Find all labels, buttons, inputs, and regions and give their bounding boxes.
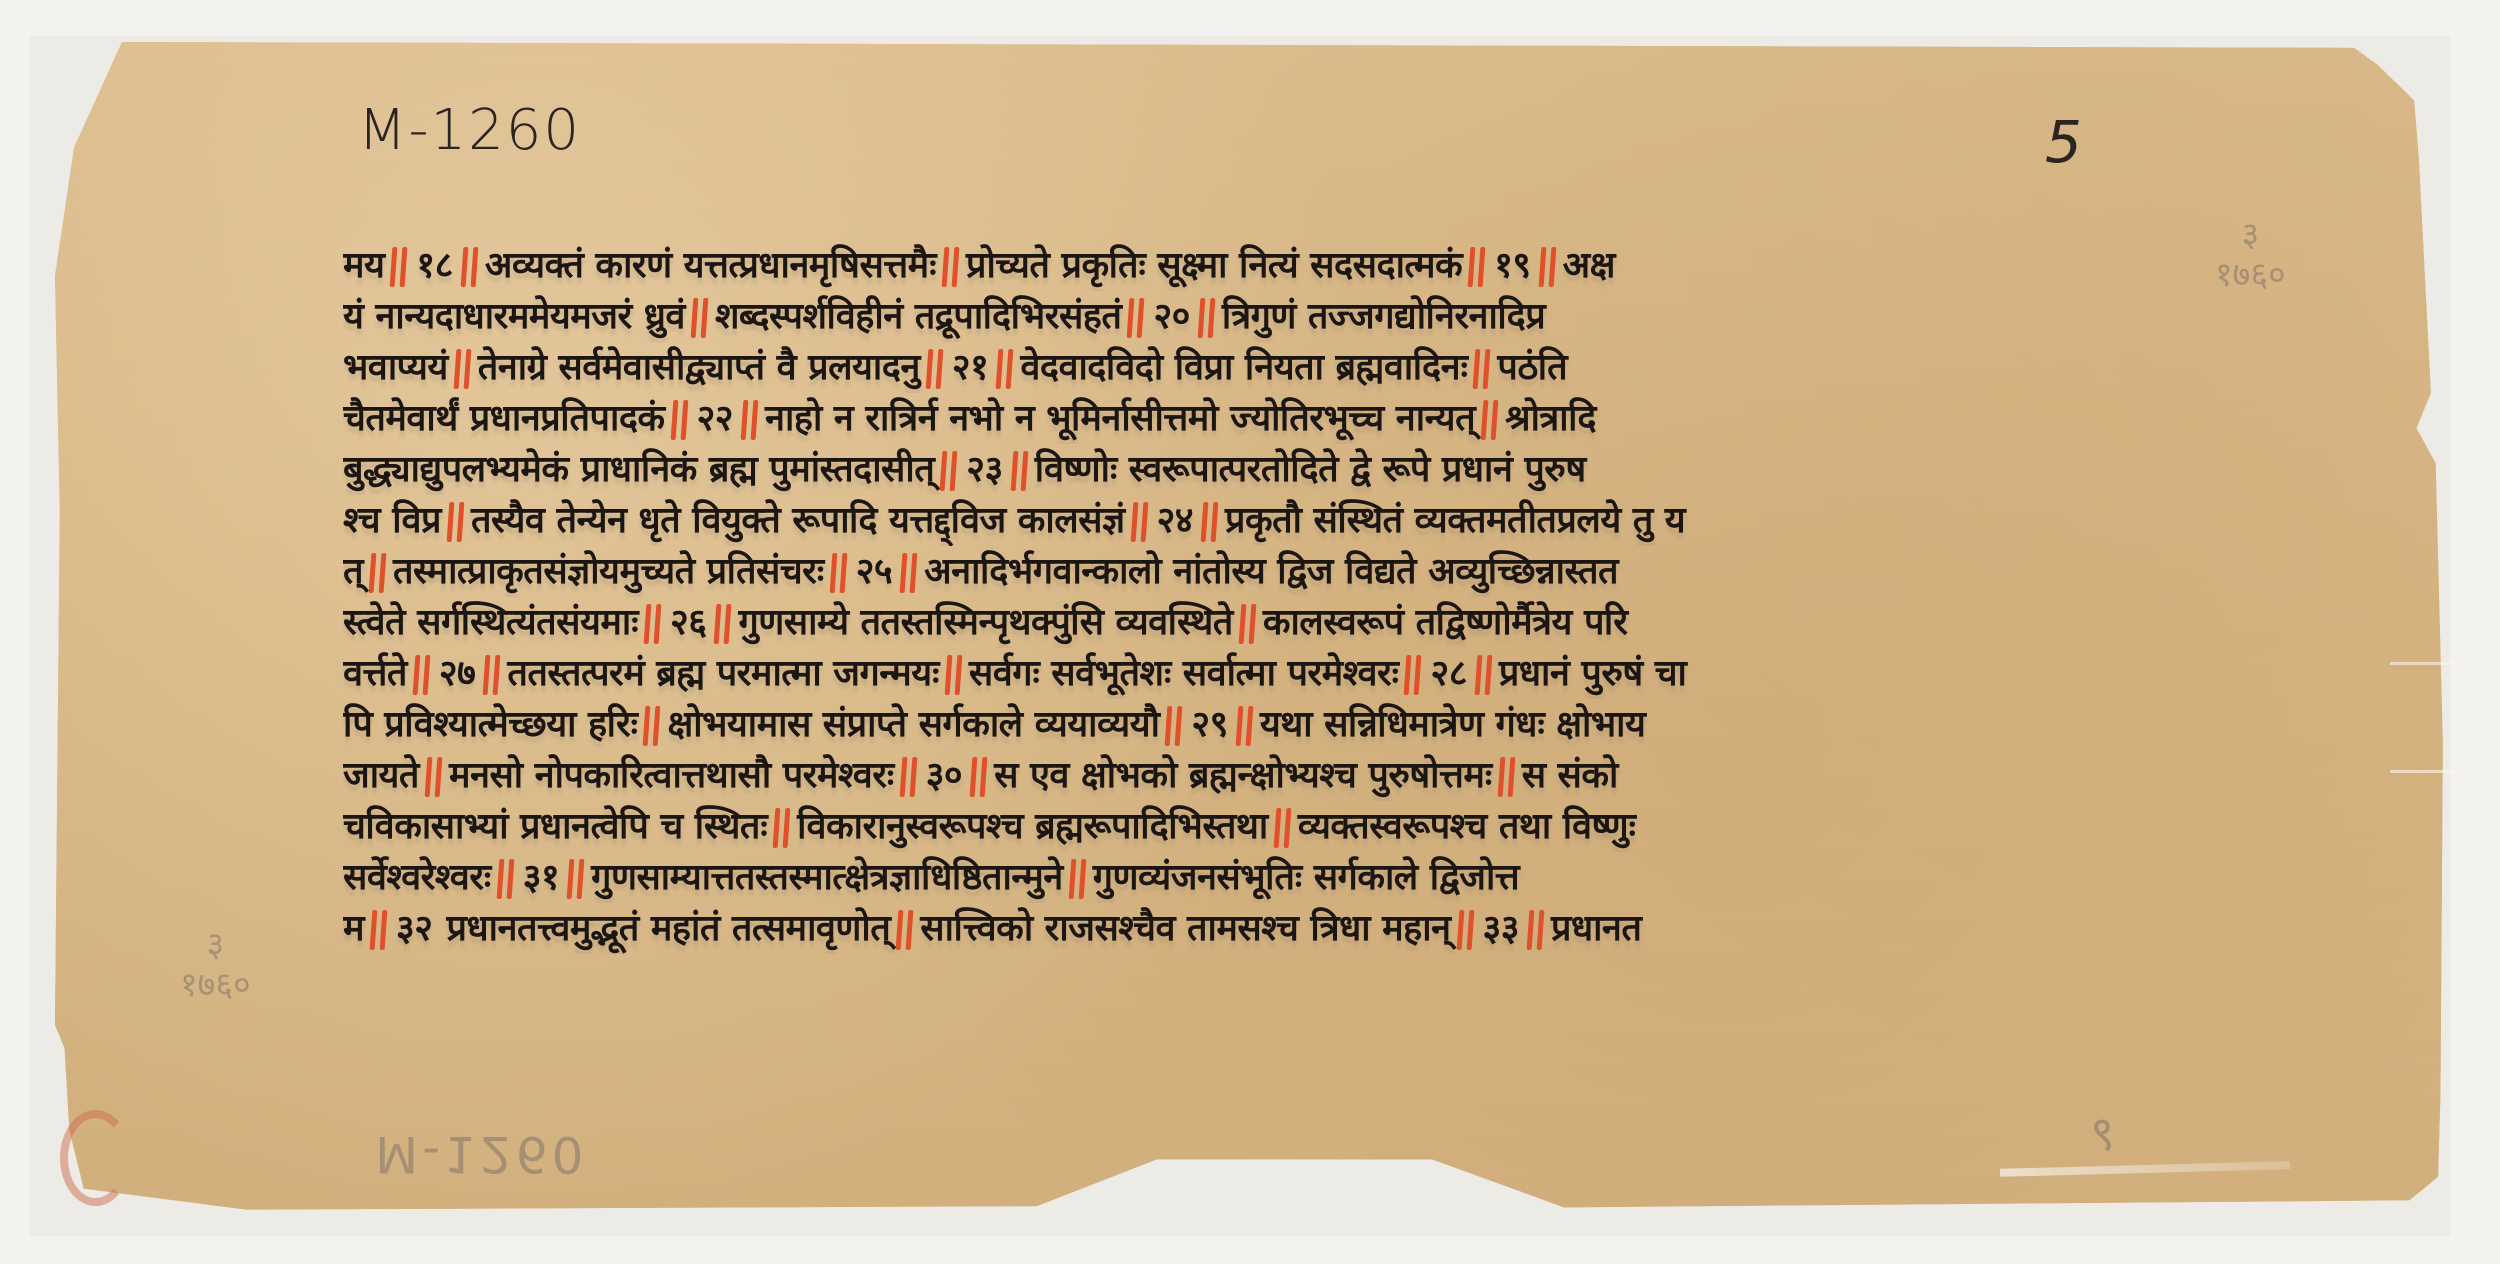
double-danda-verse-marker — [1129, 500, 1151, 544]
text-segment: तस्यैव तेन्येन धृते वियुक्ते रूपादि यत्त… — [471, 500, 1125, 541]
text-line: त्तस्मात्प्राकृतसंज्ञोयमुच्यते प्रतिसंचर… — [343, 546, 2173, 597]
double-danda-verse-marker — [994, 347, 1016, 391]
catalog-number: M-1260 — [358, 98, 581, 163]
text-segment: व्यक्तस्वरूपश्च तथा विष्णुः — [1298, 806, 1636, 847]
double-danda-verse-marker — [771, 806, 793, 850]
text-line: मय१८अव्यक्तं कारणं यत्तत्प्रधानमृषिसत्तम… — [343, 240, 2173, 291]
verse-number: २७ — [439, 653, 475, 694]
verse-number: २९ — [1191, 704, 1227, 745]
text-segment: यं नान्यदाधारममेयमजरं ध्रुवं — [343, 296, 685, 337]
double-danda-verse-marker — [368, 908, 390, 952]
double-danda-verse-marker — [1199, 500, 1221, 544]
pencil-mark-bottom-right: ९ — [2090, 1100, 2115, 1165]
verse-number: २२ — [697, 398, 733, 439]
double-danda-verse-marker — [712, 602, 734, 646]
verse-number: १८ — [416, 245, 452, 286]
text-segment: विकारानुस्वरूपश्च ब्रह्मरूपादिभिस्तथा — [797, 806, 1268, 847]
text-segment: स्त्वेते सर्गस्थित्यंतसंयमाः — [343, 602, 638, 643]
double-danda-verse-marker — [968, 755, 990, 799]
double-danda-verse-marker — [367, 551, 389, 595]
text-segment: त्रिगुणं तज्जगद्योनिरनादिप्र — [1222, 296, 1545, 337]
text-line: जायतेमनसो नोपकारित्वात्तथासौ परमेश्वरः३०… — [343, 750, 2173, 801]
double-danda-verse-marker — [1234, 704, 1256, 748]
text-segment: श्च विप्र — [343, 500, 441, 541]
verse-number: ३० — [926, 755, 962, 796]
text-line: यं नान्यदाधारममेयमजरं ध्रुवंशब्दस्पर्शवि… — [343, 291, 2173, 342]
text-line: बुद्ध्याद्युपलभ्यमेकं प्राधानिकं ब्रह्म … — [343, 444, 2173, 495]
double-danda-verse-marker — [1009, 449, 1031, 493]
double-danda-verse-marker — [1237, 602, 1259, 646]
double-danda-verse-marker — [452, 347, 474, 391]
double-danda-verse-marker — [1496, 755, 1518, 799]
text-segment: जायते — [343, 755, 419, 796]
double-danda-verse-marker — [1163, 704, 1185, 748]
text-segment: सर्वगः सर्वभूतेशः सर्वात्मा परमेश्वरः — [969, 653, 1399, 694]
text-segment: प्रधानत — [1551, 908, 1641, 949]
text-line: श्च विप्रतस्यैव तेन्येन धृते वियुक्ते रू… — [343, 495, 2173, 546]
paper-crease-right — [2390, 770, 2460, 773]
text-line: चैतमेवार्थं प्रधानप्रतिपादकं२२नाहो न रात… — [343, 393, 2173, 444]
text-segment: अक्ष — [1563, 245, 1615, 286]
double-danda-verse-marker — [1473, 653, 1495, 697]
text-segment: अव्यक्तं कारणं यत्तत्प्रधानमृषिसत्तमैः — [485, 245, 936, 286]
double-danda-verse-marker — [459, 245, 481, 289]
double-danda-verse-marker — [1272, 806, 1294, 850]
verse-number: २५ — [856, 551, 892, 592]
text-segment: गुणसाम्ये ततस्तस्मिन्पृथक्पुंसि व्यवस्थि… — [738, 602, 1232, 643]
text-segment: विष्णोः स्वरूपात्परतोदिते द्वे रूपे प्रध… — [1035, 449, 1586, 490]
double-danda-verse-marker — [1067, 857, 1089, 901]
verse-number: २८ — [1430, 653, 1466, 694]
text-line: वर्त्तते२७ततस्तत्परमं ब्रह्म परमात्मा जग… — [343, 648, 2173, 699]
double-danda-verse-marker — [481, 653, 503, 697]
double-danda-verse-marker — [898, 551, 920, 595]
double-danda-verse-marker — [1479, 398, 1501, 442]
text-segment: तेनाग्रे सर्वमेवासीद्व्याप्तं वै प्रलयाद… — [478, 347, 920, 388]
text-segment: वेदवादविदो विप्रा नियता ब्रह्मवादिनः — [1020, 347, 1467, 388]
double-danda-verse-marker — [642, 602, 664, 646]
red-ink-smudge — [60, 1110, 131, 1206]
text-segment: त् — [343, 551, 363, 592]
verse-number: १९ — [1494, 245, 1530, 286]
text-segment: सर्वेश्वरेश्वरः — [343, 857, 491, 898]
text-segment: स एव क्षोभको ब्रह्मन्क्षोभ्यश्च पुरुषोत्… — [994, 755, 1492, 796]
verse-number: २० — [1153, 296, 1189, 337]
verse-number: ३१ — [523, 857, 559, 898]
verse-number: २३ — [966, 449, 1002, 490]
text-line: सर्वेश्वरेश्वरः३१गुणसाम्यात्ततस्तस्मात्क… — [343, 852, 2173, 903]
double-danda-verse-marker — [411, 653, 433, 697]
verse-number: ३३ — [1483, 908, 1519, 949]
text-segment: चविकासाभ्यां प्रधानत्वेपि च स्थितः — [343, 806, 767, 847]
pencil-mark-left-margin: ३ १७६० — [180, 925, 251, 1005]
double-danda-verse-marker — [1537, 245, 1559, 289]
double-danda-verse-marker — [1125, 296, 1147, 340]
double-danda-verse-marker — [938, 449, 960, 493]
text-segment: तस्मात्प्राकृतसंज्ञोयमुच्यते प्रतिसंचरः — [393, 551, 824, 592]
text-segment: सात्त्विको राजसश्चैव तामसश्च त्रिधा महान… — [920, 908, 1450, 949]
double-danda-verse-marker — [1402, 653, 1424, 697]
double-danda-verse-marker — [1196, 296, 1218, 340]
double-danda-verse-marker — [739, 398, 761, 442]
text-segment: कालस्वरूपं तद्विष्णोर्मैत्रेय परि — [1263, 602, 1628, 643]
double-danda-verse-marker — [943, 653, 965, 697]
text-segment: पठंति — [1497, 347, 1567, 388]
text-segment: क्षोभयामास संप्राप्ते सर्गकाले व्ययाव्यय… — [667, 704, 1159, 745]
text-segment: प्रोच्यते प्रकृतिः सूक्ष्मा नित्यं सदसदा… — [966, 245, 1462, 286]
text-segment: शब्दस्पर्शविहीनं तद्रूपादिभिरसंहतं — [715, 296, 1122, 337]
text-segment: मय — [343, 245, 384, 286]
text-segment: यथा सन्निधिमात्रेण गंधः क्षोभाय — [1260, 704, 1646, 745]
verse-number: ३२ — [396, 908, 432, 949]
verse-number: २१ — [952, 347, 988, 388]
double-danda-verse-marker — [1466, 245, 1488, 289]
text-line: पि प्रविश्यात्मेच्छया हरिःक्षोभयामास संप… — [343, 699, 2173, 750]
double-danda-verse-marker — [940, 245, 962, 289]
text-segment: गुणसाम्यात्ततस्तस्मात्क्षेत्रज्ञाधिष्ठित… — [591, 857, 1063, 898]
double-danda-verse-marker — [388, 245, 410, 289]
paper-crease-right — [2390, 662, 2460, 665]
manuscript-text-block: मय१८अव्यक्तं कारणं यत्तत्प्रधानमृषिसत्तम… — [343, 240, 2173, 954]
double-danda-verse-marker — [898, 755, 920, 799]
text-segment: नाहो न रात्रिर्न नभो न भूमिर्नासीत्तमो ज… — [765, 398, 1475, 439]
pencil-mark-right-margin: ३ १७६० — [2215, 215, 2286, 295]
double-danda-verse-marker — [423, 755, 445, 799]
text-line: म३२ प्रधानतत्त्वमुद्भूतं महांतं तत्समावृ… — [343, 903, 2173, 954]
text-segment: प्रधानं पुरुषं चा — [1499, 653, 1686, 694]
text-segment: भवाप्ययं — [343, 347, 448, 388]
double-danda-verse-marker — [1525, 908, 1547, 952]
text-segment: प्रधानतत्त्वमुद्भूतं महांतं तत्समावृणोत् — [434, 908, 890, 949]
text-segment: अनादिर्भगवान्कालो नांतोस्य द्विज विद्यते… — [924, 551, 1618, 592]
double-danda-verse-marker — [1455, 908, 1477, 952]
text-segment: प्रकृतौ संस्थितं व्यक्तमतीतप्रलये तु य — [1225, 500, 1685, 541]
verse-number: २६ — [670, 602, 706, 643]
text-segment: गुणव्यंजनसंभूतिः सर्गकाले द्विजोत्त — [1093, 857, 1519, 898]
double-danda-verse-marker — [641, 704, 663, 748]
text-line: स्त्वेते सर्गस्थित्यंतसंयमाः२६गुणसाम्ये … — [343, 597, 2173, 648]
pencil-mark-bottom-mirrored: M-1260 — [375, 1125, 587, 1183]
folio-number: 5 — [2045, 108, 2082, 176]
text-segment: ततस्तत्परमं ब्रह्म परमात्मा जगन्मयः — [507, 653, 939, 694]
double-danda-verse-marker — [495, 857, 517, 901]
double-danda-verse-marker — [894, 908, 916, 952]
text-segment: पि प्रविश्यात्मेच्छया हरिः — [343, 704, 637, 745]
text-segment: स संको — [1522, 755, 1618, 796]
double-danda-verse-marker — [565, 857, 587, 901]
text-segment: श्रोत्रादि — [1505, 398, 1596, 439]
double-danda-verse-marker — [689, 296, 711, 340]
text-segment: मनसो नोपकारित्वात्तथासौ परमेश्वरः — [449, 755, 894, 796]
text-line: भवाप्ययंतेनाग्रे सर्वमेवासीद्व्याप्तं वै… — [343, 342, 2173, 393]
double-danda-verse-marker — [828, 551, 850, 595]
text-segment: बुद्ध्याद्युपलभ्यमेकं प्राधानिकं ब्रह्म … — [343, 449, 934, 490]
double-danda-verse-marker — [924, 347, 946, 391]
double-danda-verse-marker — [1471, 347, 1493, 391]
text-line: चविकासाभ्यां प्रधानत्वेपि च स्थितःविकारा… — [343, 801, 2173, 852]
verse-number: २४ — [1157, 500, 1193, 541]
text-segment: चैतमेवार्थं प्रधानप्रतिपादकं — [343, 398, 665, 439]
double-danda-verse-marker — [669, 398, 691, 442]
double-danda-verse-marker — [445, 500, 467, 544]
text-segment: वर्त्तते — [343, 653, 407, 694]
text-segment: म — [343, 908, 364, 949]
